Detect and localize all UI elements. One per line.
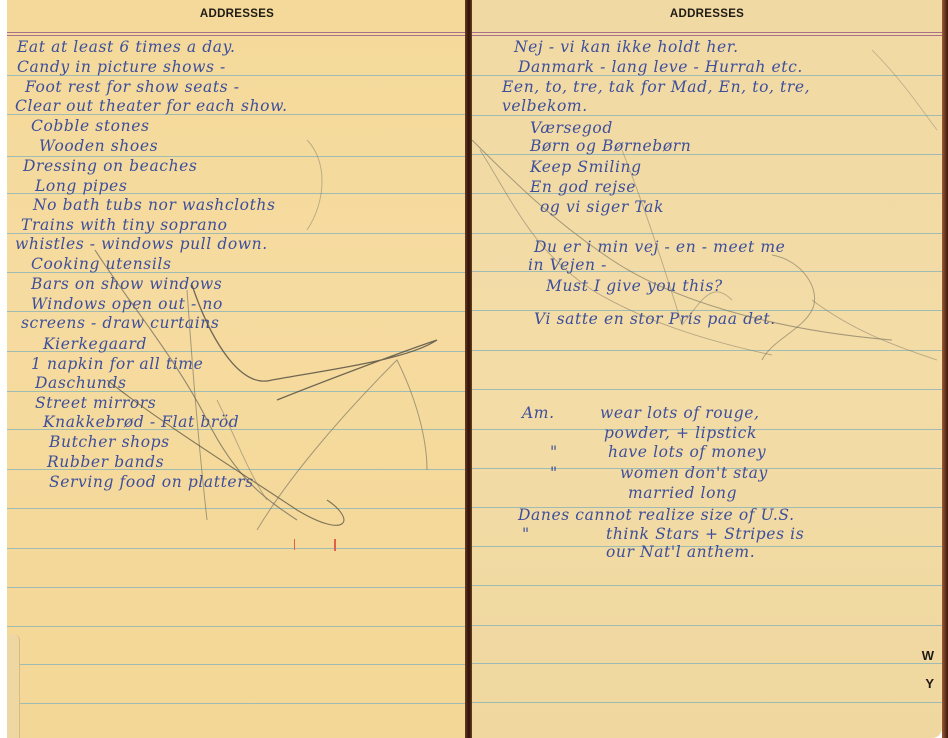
page-tab-edge xyxy=(7,635,20,738)
header-rule xyxy=(472,35,942,36)
ditto-mark: " xyxy=(550,464,558,482)
ruled-line xyxy=(7,587,467,588)
handwritten-line: Danmark - lang leve - Hurrah etc. xyxy=(518,58,803,76)
ruled-line xyxy=(472,115,942,116)
book-cover-edge xyxy=(942,0,948,738)
note-line: wear lots of rouge, xyxy=(600,404,760,422)
handwritten-line: Street mirrors xyxy=(35,394,156,412)
handwritten-line: Værsegod xyxy=(530,119,613,137)
note-line: our Nat'l anthem. xyxy=(606,543,755,561)
handwritten-line: Keep Smiling xyxy=(530,158,642,176)
ditto-mark: " xyxy=(550,443,558,461)
handwritten-line: Knakkebrød - Flat bröd xyxy=(43,413,239,431)
handwritten-line: Dressing on beaches xyxy=(23,157,197,175)
handwritten-line: Een, to, tre, tak for Mad, En, to, tre, xyxy=(502,78,810,96)
index-tab-letter-y[interactable]: Y xyxy=(925,676,934,691)
handwritten-line: Børn og Børnebørn xyxy=(530,137,691,155)
header-rule xyxy=(7,35,467,36)
handwritten-line: Foot rest for show seats - xyxy=(25,78,240,96)
red-tick-mark xyxy=(334,539,336,551)
header-rule xyxy=(7,32,467,33)
note-line: Danes cannot realize size of U.S. xyxy=(518,506,795,524)
ruled-line xyxy=(472,702,942,703)
index-tab-letter-w[interactable]: W xyxy=(922,648,934,663)
notebook-spread: ADDRESSES Eat at least 6 times a day. Ca… xyxy=(0,0,948,738)
handwritten-line: Cobble stones xyxy=(31,117,150,135)
ruled-line xyxy=(472,585,942,586)
ruled-line xyxy=(7,703,467,704)
handwritten-line: Candy in picture shows - xyxy=(17,58,226,76)
left-page: ADDRESSES Eat at least 6 times a day. Ca… xyxy=(7,0,467,738)
note-line: women don't stay xyxy=(620,464,768,482)
header-rule xyxy=(472,32,942,33)
handwritten-line: whistles - windows pull down. xyxy=(15,235,268,253)
handwritten-line: Nej - vi kan ikke holdt her. xyxy=(514,38,739,56)
handwritten-line: in Vejen - xyxy=(528,256,607,274)
handwritten-line: Eat at least 6 times a day. xyxy=(17,38,235,56)
handwritten-line: Cooking utensils xyxy=(31,255,172,273)
handwritten-line: No bath tubs nor washcloths xyxy=(33,196,276,214)
ruled-line xyxy=(472,233,942,234)
ruled-line xyxy=(472,663,942,664)
handwritten-line: Wooden shoes xyxy=(39,137,158,155)
handwritten-line: Rubber bands xyxy=(47,453,164,471)
handwritten-line: Trains with tiny soprano xyxy=(21,216,228,234)
handwritten-line: Bars on show windows xyxy=(31,275,222,293)
ruled-line xyxy=(7,626,467,627)
note-line: think Stars + Stripes is xyxy=(606,525,804,543)
handwritten-line: Vi satte en stor Pris paa det. xyxy=(534,310,776,328)
note-prefix: Am. xyxy=(522,404,555,422)
handwritten-line: Windows open out - no xyxy=(31,295,223,313)
handwritten-line: Long pipes xyxy=(35,177,127,195)
note-line: powder, + lipstick xyxy=(604,424,757,442)
ditto-mark: " xyxy=(522,525,530,543)
handwritten-line: 1 napkin for all time xyxy=(31,355,203,373)
handwritten-line: og vi siger Tak xyxy=(540,198,664,216)
ruled-line xyxy=(7,508,467,509)
handwritten-line: En god rejse xyxy=(530,178,636,196)
handwritten-line: Serving food on platters xyxy=(49,473,254,491)
right-page: ADDRESSES Nej - vi kan ikke holdt her. D… xyxy=(472,0,942,738)
ruled-line xyxy=(7,548,467,549)
note-line: have lots of money xyxy=(608,443,766,461)
handwritten-line: Must I give you this? xyxy=(546,277,723,295)
handwritten-line: velbekom. xyxy=(502,97,588,115)
handwritten-line: Du er i min vej - en - meet me xyxy=(534,238,785,256)
ruled-line xyxy=(472,350,942,351)
handwritten-line: Kierkegaard xyxy=(43,335,147,353)
handwritten-line: Butcher shops xyxy=(49,433,170,451)
ruled-line xyxy=(7,664,467,665)
left-page-header: ADDRESSES xyxy=(7,8,467,20)
handwritten-line: screens - draw curtains xyxy=(21,314,219,332)
ruled-line xyxy=(472,625,942,626)
handwritten-line: Clear out theater for each show. xyxy=(15,97,288,115)
right-page-header: ADDRESSES xyxy=(472,8,942,20)
note-line: married long xyxy=(628,484,737,502)
ruled-line xyxy=(472,389,942,390)
handwritten-line: Daschunds xyxy=(35,374,127,392)
red-tick-mark xyxy=(294,539,295,550)
